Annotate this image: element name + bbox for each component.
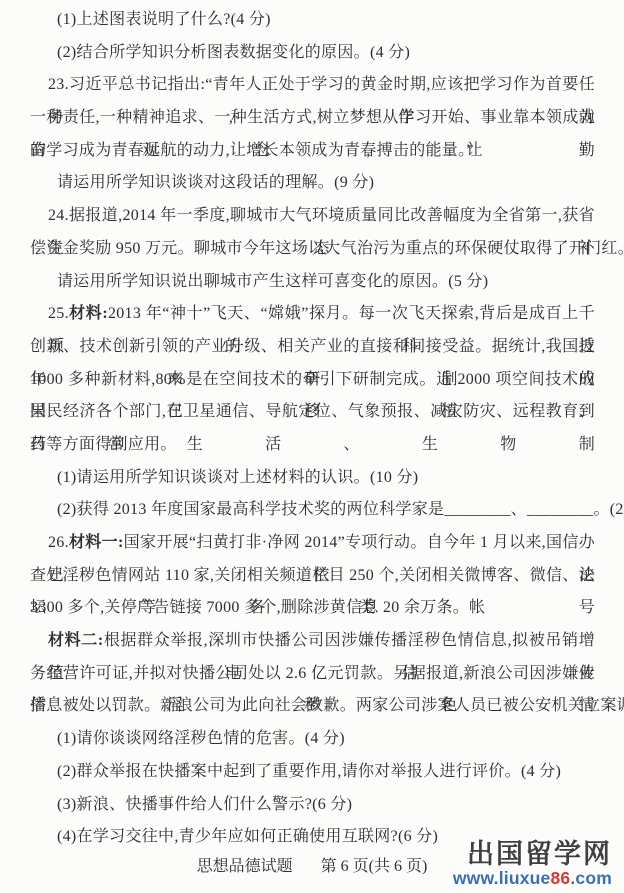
- text-lines: (1)上述图表说明了什么?(4 分)(2)结合所学知识分析图表数据变化的原因。(…: [30, 4, 595, 854]
- question-number: 26.: [48, 534, 69, 551]
- text-line: 信息被处以罚款。新浪公司为此向社会致歉。两家公司涉案人员已被公安机关立案调查。: [30, 690, 595, 723]
- line-text: 请运用所学知识谈谈对这段话的理解。(9 分): [57, 174, 374, 191]
- footer-page-info: 第 6 页(共 6 页): [321, 858, 428, 875]
- text-line: 请运用所学知识谈谈对这段话的理解。(9 分): [30, 167, 595, 200]
- site-watermark: 出国留学网 www.liuxue86.com: [453, 840, 612, 887]
- line-text: (2)结合所学知识分析图表数据变化的原因。(4 分): [57, 44, 410, 61]
- exam-page: (1)上述图表说明了什么?(4 分)(2)结合所学知识分析图表数据变化的原因。(…: [0, 0, 624, 893]
- text-line: (1)请运用所学知识谈谈对上述材料的认识。(10 分): [30, 462, 595, 495]
- watermark-url-prefix: www.liuxue: [453, 868, 551, 888]
- text-line: (1)请你谈谈网络淫秽色情的危害。(4 分): [30, 723, 595, 756]
- question-number: 25.: [48, 305, 69, 322]
- watermark-url-suffix: .com: [570, 868, 612, 888]
- text-line: 25.材料:2013 年“神十”飞天、“嫦娥”探月。每一次飞天探索,背后是成百上…: [30, 298, 595, 331]
- line-text: (1)请你谈谈网络淫秽色情的危害。(4 分): [57, 730, 345, 747]
- text-line: (2)结合所学知识分析图表数据变化的原因。(4 分): [30, 37, 595, 70]
- line-text: (2)获得 2013 年度国家最高科学技术奖的两位科学家是________、__…: [57, 501, 624, 518]
- text-line: (2)获得 2013 年度国家最高科学技术奖的两位科学家是________、__…: [30, 494, 595, 527]
- text-line: 查处淫秽色情网站 110 家,关闭相关频道栏目 250 个,关闭相关微博客、微信…: [30, 560, 595, 593]
- watermark-site-url: www.liuxue86.com: [453, 869, 612, 887]
- material-label: 材料:: [69, 305, 108, 322]
- text-line: (1)上述图表说明了什么?(4 分): [30, 4, 595, 37]
- line-text: 3300 多个,关停广告链接 7000 多个,删除涉黄信息 20 余万条。: [30, 599, 469, 616]
- text-line: (3)新浪、快播事件给人们什么警示?(6 分): [30, 789, 595, 822]
- text-line: 创新、技术创新引领的产业升级、相关产业的直接和间接受益。据统计,我国近年来研制的: [30, 331, 595, 364]
- text-line: 一种责任,一种精神追求、一种生活方式,树立梦想从学习开始、事业靠本领成就的观念,…: [30, 102, 595, 135]
- footer-doc-title: 思想品德试题: [197, 858, 293, 875]
- text-line: 1000 多种新材料,80%是在空间技术的牵引下研制完成。近 2000 项空间技…: [30, 364, 595, 397]
- text-line: 材料二:根据群众举报,深圳市快播公司因涉嫌传播淫秽色情信息,拟被吊销增值电信业: [30, 625, 595, 658]
- line-text: (1)上述图表说明了什么?(4 分): [57, 11, 271, 28]
- text-line: (2)群众举报在快播案中起到了重要作用,请你对举报人进行评价。(4 分): [30, 756, 595, 789]
- watermark-url-number: 86: [550, 868, 570, 888]
- material-label: 材料一:: [69, 534, 124, 551]
- line-text: (2)群众举报在快播案中起到了重要作用,请你对举报人进行评价。(4 分): [57, 763, 561, 780]
- line-text: 请运用所学知识说出聊城市产生这样可喜变化的原因。(5 分): [57, 273, 488, 290]
- line-text: 药等方面得到应用。: [30, 436, 177, 453]
- line-text: 信息被处以罚款。新浪公司为此向社会致歉。两家公司涉案人员已被公安机关立案调查。: [30, 697, 624, 714]
- text-line: 26.材料一:国家开展“扫黄打非·净网 2014”专项行动。自今年 1 月以来,…: [30, 527, 595, 560]
- line-text: 奋学习成为青春远航的动力,让增长本领成为青春搏击的能量。”: [30, 142, 474, 159]
- line-text: 偿资金奖励 950 万元。聊城市今年这场以大气治污为重点的环保硬仗取得了开门红。: [30, 240, 624, 257]
- text-line: 24.据报道,2014 年一季度,聊城市大气环境质量同比改善幅度为全省第一,获省…: [30, 200, 595, 233]
- text-line: 23.习近平总书记指出:“青年人正处于学习的黄金时期,应该把学习作为首要任务,作…: [30, 69, 595, 102]
- text-line: 偿资金奖励 950 万元。聊城市今年这场以大气治污为重点的环保硬仗取得了开门红。: [30, 233, 595, 266]
- line-text: (3)新浪、快播事件给人们什么警示?(6 分): [57, 796, 352, 813]
- line-text: (4)在学习交往中,青少年应如何正确使用互联网?(6 分): [57, 828, 438, 845]
- text-line: 请运用所学知识说出聊城市产生这样可喜变化的原因。(5 分): [30, 266, 595, 299]
- watermark-site-name: 出国留学网: [453, 840, 612, 868]
- material-label: 材料二:: [48, 632, 104, 649]
- line-text: (1)请运用所学知识谈谈对上述材料的认识。(10 分): [57, 469, 418, 486]
- text-line: 国民经济各个部门,在卫星通信、导航定位、气象预报、减灾防灾、远程教育、日常生活、…: [30, 396, 595, 429]
- text-line: 务经营许可证,并拟对快播公司处以 2.6 亿元罚款。另据报道,新浪公司因涉嫌传播…: [30, 658, 595, 691]
